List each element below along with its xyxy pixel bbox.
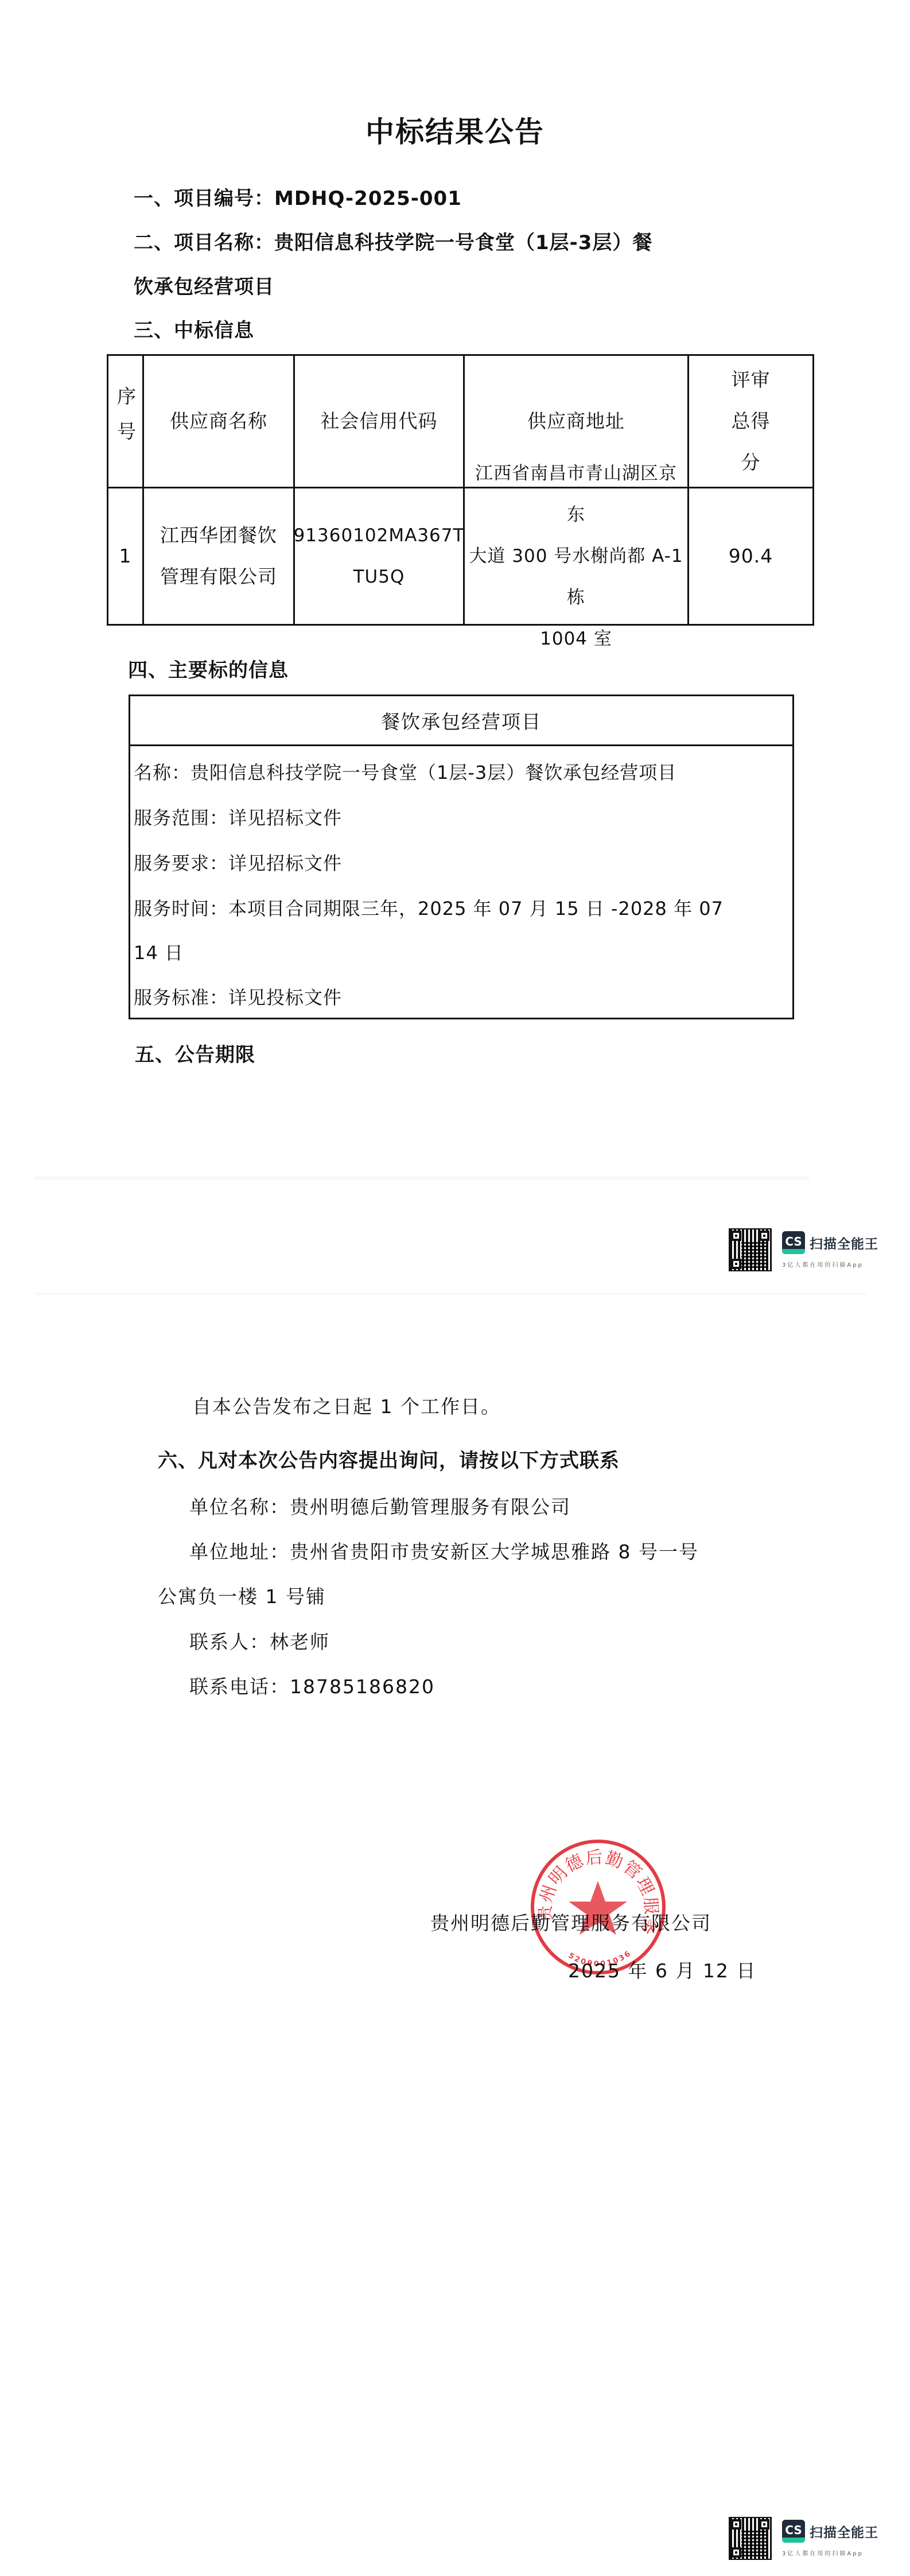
header-score-line3: 分 (741, 442, 761, 483)
header-seq-text: 序号 (116, 386, 135, 456)
header-score-line2: 总得 (732, 401, 771, 442)
announcement-period-text: 自本公告发布之日起 1 个工作日。 (192, 1392, 501, 1419)
row-supplier-address: 江西省南昌市青山湖区京东 大道 300 号水榭尚都 A-1 栋 1004 室 (465, 488, 687, 624)
camscanner-logo-icon: CS (782, 2520, 805, 2543)
project-name-continued: 饮承包经营项目 (134, 271, 274, 299)
row-seq: 1 (108, 488, 142, 624)
seal-star-icon: 贵州明德后勤管理服务有限公司 520900103612 (531, 1840, 666, 1974)
award-table: 序号 供应商名称 社会信用代码 供应商地址 评审 总得 分 1 江西华团餐饮 管… (107, 354, 814, 626)
contact-unit-name: 单位名称：贵州明德后勤管理服务有限公司 (189, 1492, 571, 1519)
project-name-value: 贵阳信息科技学院一号食堂（1层-3层）餐 (274, 231, 652, 254)
watermark-brand: 扫描全能王 (810, 1233, 878, 1252)
camscanner-logo-icon: CS (782, 1231, 805, 1254)
address-line1: 江西省南昌市青山湖区京东 (467, 453, 685, 536)
supplier-name-line1: 江西华团餐饮 (160, 515, 277, 556)
subject-line-service-time: 服务时间：本项目合同期限三年，2025 年 07 月 15 日 -2028 年 … (134, 894, 724, 921)
credit-code-line1: 91360102MA367T (294, 515, 465, 556)
page-edge (34, 1291, 866, 1295)
scanner-watermark: CS 扫描全能王 3亿人都在用的扫描App (729, 2517, 878, 2560)
header-supplier-name: 供应商名称 (144, 356, 293, 487)
qr-code-icon (729, 1228, 772, 1271)
project-number-value: MDHQ-2025-001 (274, 187, 462, 210)
subject-table: 餐饮承包经营项目 名称：贵阳信息科技学院一号食堂（1层-3层）餐饮承包经营项目 … (129, 695, 794, 1019)
section-project-name: 二、项目名称：贵阳信息科技学院一号食堂（1层-3层）餐 (134, 227, 652, 255)
project-name-label: 二、项目名称： (134, 231, 274, 254)
watermark-tagline: 3亿人都在用的扫描App (782, 1260, 878, 1268)
header-score-line1: 评审 (732, 359, 771, 401)
subject-line-standard: 服务标准：详见投标文件 (134, 983, 342, 1010)
signature-company: 贵州明德后勤管理服务有限公司 (430, 1908, 711, 1935)
watermark-brand: 扫描全能王 (810, 2522, 878, 2541)
watermark-tagline: 3亿人都在用的扫描App (782, 2548, 878, 2557)
subject-line-requirements: 服务要求：详见招标文件 (134, 849, 342, 875)
row-supplier-name: 江西华团餐饮 管理有限公司 (144, 488, 293, 624)
subject-table-header: 餐饮承包经营项目 (130, 696, 792, 746)
credit-code-line2: TU5Q (353, 556, 405, 598)
header-credit-code: 社会信用代码 (295, 356, 463, 487)
qr-code-icon (729, 2517, 772, 2560)
section-subject-heading: 四、主要标的信息 (128, 654, 289, 682)
contact-person: 联系人：林老师 (189, 1627, 330, 1654)
row-score: 90.4 (689, 488, 812, 624)
page-title: 中标结果公告 (0, 109, 910, 150)
page-edge (34, 1177, 809, 1181)
row-credit-code: 91360102MA367T TU5Q (295, 488, 463, 624)
project-number-label: 一、项目编号： (134, 187, 274, 210)
subject-line-service-time-cont: 14 日 (134, 938, 184, 965)
scanner-watermark: CS 扫描全能王 3亿人都在用的扫描App (729, 1228, 878, 1271)
contact-phone: 联系电话：18785186820 (189, 1672, 435, 1699)
subject-line-name: 名称：贵阳信息科技学院一号食堂（1层-3层）餐饮承包经营项目 (134, 758, 676, 785)
contact-unit-address-cont: 公寓负一楼 1 号铺 (158, 1582, 326, 1609)
company-seal: 贵州明德后勤管理服务有限公司 520900103612 (531, 1840, 666, 1974)
address-line3: 1004 室 (540, 618, 612, 659)
subject-line-scope: 服务范围：详见招标文件 (134, 804, 342, 830)
section-award-info-heading: 三、中标信息 (134, 315, 254, 343)
supplier-name-line2: 管理有限公司 (160, 556, 277, 598)
header-seq: 序号 (108, 356, 142, 487)
header-score: 评审 总得 分 (689, 356, 812, 487)
signature-date: 2025 年 6 月 12 日 (568, 1956, 756, 1983)
section-contact-heading: 六、凡对本次公告内容提出询问，请按以下方式联系 (158, 1445, 620, 1473)
section-project-number: 一、项目编号：MDHQ-2025-001 (134, 183, 462, 211)
address-line2: 大道 300 号水榭尚都 A-1 栋 (467, 536, 685, 618)
contact-unit-address: 单位地址：贵州省贵阳市贵安新区大学城思雅路 8 号一号 (189, 1537, 699, 1564)
section-announcement-period-heading: 五、公告期限 (135, 1039, 255, 1067)
